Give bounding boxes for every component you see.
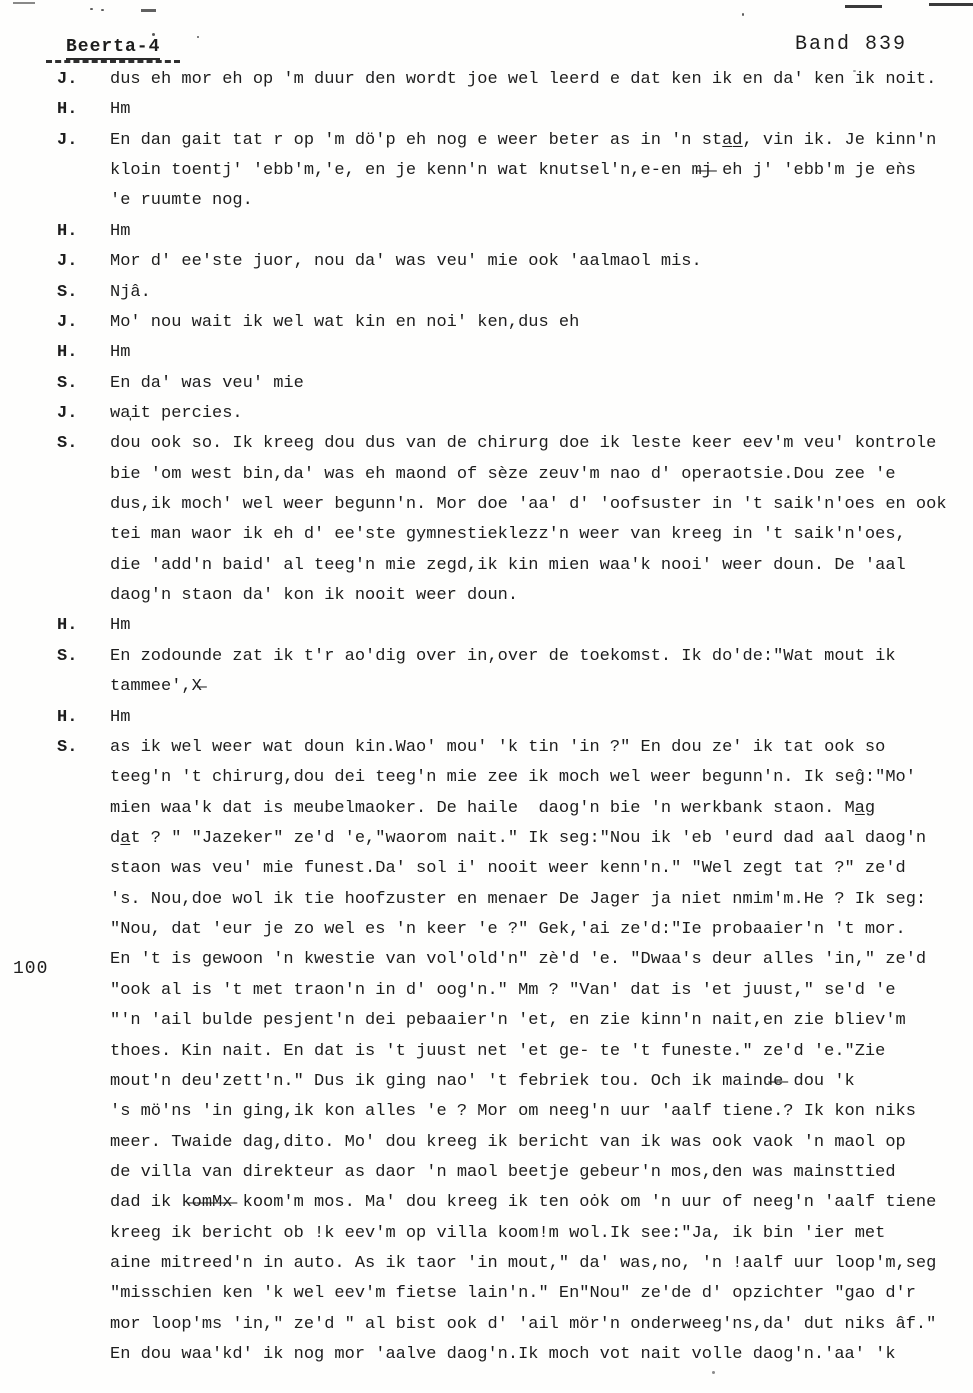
- line-text: 's mö'ns 'in ging,ik kon alles 'e ? Mor …: [110, 1097, 916, 1127]
- line-text: "Nou, dat 'eur je zo wel es 'n keer 'e ?…: [110, 915, 906, 945]
- transcript-line: da̲t ? " "Jazeker" ze'd 'e,"waorom nait.…: [0, 824, 973, 854]
- speaker-label: S.: [57, 642, 77, 672]
- line-text: de villa van direkteur as daor 'n maol b…: [110, 1158, 896, 1188]
- transcript-line: de villa van direkteur as daor 'n maol b…: [0, 1158, 973, 1188]
- transcript-line: 'e ruumte nog.: [0, 186, 973, 216]
- scan-artifact: [13, 2, 35, 4]
- line-text: En dan gait tat r op 'm dö'p eh nog e we…: [110, 126, 936, 156]
- line-text: dou ook so. Ik kreeg dou dus van de chir…: [110, 429, 936, 459]
- speaker-label: S.: [57, 278, 77, 308]
- line-text: "misschien ken 'k wel eev'm fietse lain'…: [110, 1279, 916, 1309]
- transcript-line: H. Hm: [0, 611, 973, 641]
- transcript-line: J. dus eh mor eh op 'm duur den wordt jo…: [0, 65, 973, 95]
- line-text: "'n 'ail bulde pesjent'n dei pebaaier'n …: [110, 1006, 906, 1036]
- transcript-line: mien waa'k dat is meubelmaoker. De haile…: [0, 794, 973, 824]
- speaker-label: S.: [57, 733, 77, 763]
- line-text: tei man waor ik eh d' ee'ste gymnestiekl…: [110, 520, 906, 550]
- line-text: Hm: [110, 611, 130, 641]
- line-text: Hm: [110, 217, 130, 247]
- transcript-line: En dou waa'kd' ik nog mor 'aalve daog'n.…: [0, 1340, 973, 1370]
- transcript-line: kloin toentj' 'ebb'm,'e, en je kenn'n wa…: [0, 156, 973, 186]
- document-page: Beerta-4 Band 839 100 J. dus eh mor eh o…: [0, 0, 973, 1393]
- line-text: kreeg ik bericht ob !k eev'm op villa ko…: [110, 1219, 885, 1249]
- line-text: die 'add'n baid' al teeg'n mie zegd,ik k…: [110, 551, 906, 581]
- line-text: mien waa'k dat is meubelmaoker. De haile…: [110, 794, 875, 824]
- transcript-line: "ook al is 't met traon'n in d' oog'n." …: [0, 976, 973, 1006]
- transcript-line: "'n 'ail bulde pesjent'n dei pebaaier'n …: [0, 1006, 973, 1036]
- transcript-line: "Nou, dat 'eur je zo wel es 'n keer 'e ?…: [0, 915, 973, 945]
- line-text: daog'n staon da' kon ik nooit weer doun.: [110, 581, 518, 611]
- line-text: mor loop'ms 'in," ze'd " al bist ook d' …: [110, 1310, 936, 1340]
- line-text: kloin toentj' 'ebb'm,'e, en je kenn'n wa…: [110, 156, 916, 186]
- speaker-label: S.: [57, 369, 77, 399]
- transcript-line: teeg'n 't chirurg,dou dei teeg'n mie zee…: [0, 763, 973, 793]
- speaker-label: H.: [57, 703, 77, 733]
- line-text: as ik wel weer wat doun kin.Wao' mou' 'k…: [110, 733, 885, 763]
- transcript-line: bie 'om west bin,da' was eh maond of sèz…: [0, 460, 973, 490]
- transcript-line: 's mö'ns 'in ging,ik kon alles 'e ? Mor …: [0, 1097, 973, 1127]
- speaker-label: J.: [57, 65, 77, 95]
- transcript-line: staon was veu' mie funest.Da' sol i' noo…: [0, 854, 973, 884]
- transcript-line: 's. Nou,doe wol ik tie hoofzuster en men…: [0, 885, 973, 915]
- transcript-line: kreeg ik bericht ob !k eev'm op villa ko…: [0, 1219, 973, 1249]
- transcript-line: die 'add'n baid' al teeg'n mie zegd,ik k…: [0, 551, 973, 581]
- scan-artifact: [101, 9, 104, 11]
- transcript-line: H. Hm: [0, 338, 973, 368]
- transcript-line: S. dou ook so. Ik kreeg dou dus van de c…: [0, 429, 973, 459]
- speaker-label: H.: [57, 95, 77, 125]
- line-text: da̲t ? " "Jazeker" ze'd 'e,"waorom nait.…: [110, 824, 926, 854]
- transcript-line: En 't is gewoon 'n kwestie van vol'old'n…: [0, 945, 973, 975]
- transcript-line: dus,ik moch' wel weer begunn'n. Mor doe …: [0, 490, 973, 520]
- line-text: teeg'n 't chirurg,dou dei teeg'n mie zee…: [110, 763, 916, 793]
- scan-artifact: [90, 8, 93, 10]
- speaker-label: J.: [57, 308, 77, 338]
- line-text: Hm: [110, 703, 130, 733]
- transcript-line: J. wa̩it percies.: [0, 399, 973, 429]
- line-text: Hm: [110, 95, 130, 125]
- line-text: thoes. Kin nait. En dat is 't juust net …: [110, 1037, 885, 1067]
- speaker-label: S.: [57, 429, 77, 459]
- line-text: staon was veu' mie funest.Da' sol i' noo…: [110, 854, 906, 884]
- transcript-line: thoes. Kin nait. En dat is 't juust net …: [0, 1037, 973, 1067]
- line-text: 'e ruumte nog.: [110, 186, 253, 216]
- scan-artifact: [197, 36, 199, 38]
- transcript-line: tammee',X̶: [0, 672, 973, 702]
- line-text: Hm: [110, 338, 130, 368]
- transcript-line: J. Mor d' ee'ste juor, nou da' was veu' …: [0, 247, 973, 277]
- band-label: Band 839: [795, 33, 907, 56]
- line-text: Mo' nou wait ik wel wat kin en noi' ken,…: [110, 308, 579, 338]
- scan-artifact: [712, 1371, 715, 1374]
- line-text: dad ik k̶o̶m̶M̶x̶ koom'm mos. Ma' dou kr…: [110, 1188, 936, 1218]
- title-dashed-rule: [46, 60, 180, 63]
- scan-artifact: [845, 5, 882, 8]
- line-text: "ook al is 't met traon'n in d' oog'n." …: [110, 976, 896, 1006]
- transcript-line: J. En dan gait tat r op 'm dö'p eh nog e…: [0, 126, 973, 156]
- transcript-line: S. En da' was veu' mie: [0, 369, 973, 399]
- transcript-line: mout'n deu'zett'n." Dus ik ging nao' 't …: [0, 1067, 973, 1097]
- scan-artifact: [141, 9, 156, 12]
- transcript-line: S. Njâ.: [0, 278, 973, 308]
- transcript: J. dus eh mor eh op 'm duur den wordt jo…: [0, 65, 973, 1370]
- transcript-line: H. Hm: [0, 217, 973, 247]
- scan-artifact: [929, 3, 973, 6]
- line-text: dus,ik moch' wel weer begunn'n. Mor doe …: [110, 490, 947, 520]
- scan-artifact: [152, 33, 155, 36]
- speaker-label: H.: [57, 338, 77, 368]
- transcript-line: S. as ik wel weer wat doun kin.Wao' mou'…: [0, 733, 973, 763]
- transcript-line: S. En zodounde zat ik t'r ao'dig over in…: [0, 642, 973, 672]
- line-text: dus eh mor eh op 'm duur den wordt joe w…: [110, 65, 936, 95]
- scan-artifact: [742, 13, 744, 16]
- line-text: tammee',X̶: [110, 672, 202, 702]
- transcript-line: daog'n staon da' kon ik nooit weer doun.: [0, 581, 973, 611]
- transcript-line: H. Hm: [0, 703, 973, 733]
- line-text: Mor d' ee'ste juor, nou da' was veu' mie…: [110, 247, 702, 277]
- line-text: meer. Twaide dag,dito. Mo' dou kreeg ik …: [110, 1128, 906, 1158]
- line-text: wa̩it percies.: [110, 399, 243, 429]
- transcript-line: tei man waor ik eh d' ee'ste gymnestiekl…: [0, 520, 973, 550]
- line-text: En dou waa'kd' ik nog mor 'aalve daog'n.…: [110, 1340, 896, 1370]
- page-title: Beerta-4: [66, 37, 160, 60]
- line-text: aine mitreed'n in auto. As ik taor 'in m…: [110, 1249, 936, 1279]
- line-text: bie 'om west bin,da' was eh maond of sèz…: [110, 460, 896, 490]
- speaker-label: H.: [57, 611, 77, 641]
- line-text: 's. Nou,doe wol ik tie hoofzuster en men…: [110, 885, 926, 915]
- line-text: mout'n deu'zett'n." Dus ik ging nao' 't …: [110, 1067, 855, 1097]
- line-text: Njâ.: [110, 278, 151, 308]
- line-text: En 't is gewoon 'n kwestie van vol'old'n…: [110, 945, 926, 975]
- speaker-label: J.: [57, 126, 77, 156]
- transcript-line: "misschien ken 'k wel eev'm fietse lain'…: [0, 1279, 973, 1309]
- transcript-line: mor loop'ms 'in," ze'd " al bist ook d' …: [0, 1310, 973, 1340]
- transcript-line: meer. Twaide dag,dito. Mo' dou kreeg ik …: [0, 1128, 973, 1158]
- transcript-line: aine mitreed'n in auto. As ik taor 'in m…: [0, 1249, 973, 1279]
- transcript-line: J. Mo' nou wait ik wel wat kin en noi' k…: [0, 308, 973, 338]
- line-text: En da' was veu' mie: [110, 369, 304, 399]
- speaker-label: J.: [57, 247, 77, 277]
- line-text: En zodounde zat ik t'r ao'dig over in,ov…: [110, 642, 896, 672]
- speaker-label: H.: [57, 217, 77, 247]
- transcript-line: H. Hm: [0, 95, 973, 125]
- transcript-line: dad ik k̶o̶m̶M̶x̶ koom'm mos. Ma' dou kr…: [0, 1188, 973, 1218]
- speaker-label: J.: [57, 399, 77, 429]
